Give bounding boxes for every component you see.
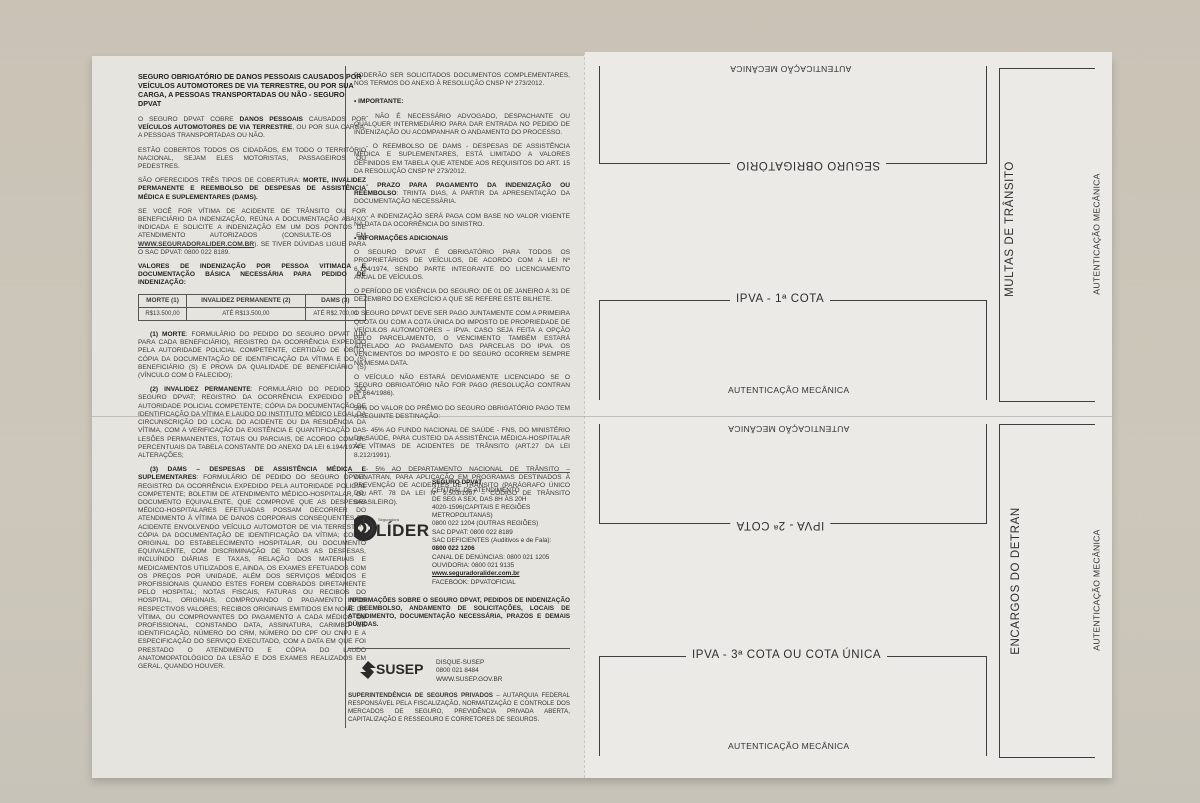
ipva-1-box: IPVA - 1ª COTA AUTENTICAÇÃO MECÂNICA [599, 300, 987, 400]
complementary-docs-paragraph: PODERÃO SER SOLICITADOS DOCUMENTOS COMPL… [354, 72, 570, 88]
lider-website-link[interactable]: www.seguradoralider.com.br [138, 241, 254, 248]
auth-label: AUTENTICAÇÃO MECÂNICA [730, 64, 851, 74]
document-title: SEGURO OBRIGATÓRIO DE DANOS PESSOAIS CAU… [138, 72, 366, 108]
info-paragraph: O SEGURO DPVAT É OBRIGATÓRIO PARA TODOS … [354, 249, 570, 282]
info-paragraph: - 45% AO FUNDO NACIONAL DE SAÚDE - FNS, … [354, 427, 570, 460]
important-item: - A INDENIZAÇÃO SERÁ PAGA COM BASE NO VA… [354, 213, 570, 229]
contact-line: 4020-1596(CAPITAIS E REGIÕES METROPOLITA… [432, 504, 570, 521]
seguro-obrigatorio-label: SEGURO OBRIGATÓRIO [730, 159, 886, 171]
contact-line: OUVIDORIA: 0800 021 9135 [432, 562, 570, 570]
susep-website-link[interactable]: WWW.SUSEP.GOV.BR [436, 676, 570, 684]
contact-line: DE SEG A SEX, DAS 8H ÀS 20H [432, 496, 570, 504]
death-docs-paragraph: (1) MORTE: FORMULÁRIO DO PEDIDO DO SEGUR… [138, 331, 366, 380]
table-header: INVALIDEZ PERMANENTE (2) [187, 294, 306, 307]
ipva-2-box: IPVA - 2ª COTA AUTENTICAÇÃO MECÂNICA [599, 424, 987, 524]
important-heading: IMPORTANTE: [354, 98, 570, 106]
multas-label: MULTAS DE TRÂNSITO [1004, 155, 1016, 303]
additional-info-heading: INFORMAÇÕES ADICIONAIS [354, 235, 570, 243]
auth-label: AUTENTICAÇÃO MECÂNICA [1092, 173, 1102, 294]
contact-line: FACEBOOK: DPVATOFICIAL [432, 579, 570, 587]
contact-line: SAC DPVAT: 0800 022 8189 [432, 529, 570, 537]
contact-line: CENTRAL DE ATENDIMENTO [432, 487, 570, 495]
coverage-paragraph: O SEGURO DPVAT COBRE DANOS PESSOAIS CAUS… [138, 116, 366, 141]
info-paragraph: O PERÍODO DE VIGÊNCIA DO SEGURO: DE 01 D… [354, 288, 570, 304]
susep-logo-icon [358, 660, 378, 680]
auth-label: AUTENTICAÇÃO MECÂNICA [728, 424, 849, 434]
covered-citizens-paragraph: ESTÃO COBERTOS TODOS OS CIDADÃOS, EM TOD… [138, 147, 366, 172]
table-header: MORTE (1) [139, 294, 187, 307]
indemnity-values-table: MORTE (1) INVALIDEZ PERMANENTE (2) DAMS … [138, 294, 366, 321]
encargos-box: ENCARGOS DO DETRAN AUTENTICAÇÃO MECÂNICA [999, 424, 1095, 758]
auth-label: AUTENTICAÇÃO MECÂNICA [1092, 529, 1102, 650]
contact-line: SEGURO DPVAT [432, 479, 570, 487]
coverage-types-paragraph: SÃO OFERECIDOS TRÊS TIPOS DE COBERTURA: … [138, 177, 366, 202]
table-cell: ATÉ R$13.500,00 [187, 307, 306, 320]
important-item: - PRAZO PARA PAGAMENTO DA INDENIZAÇÃO OU… [354, 182, 570, 207]
important-item: - O REEMBOLSO DE DAMS - DESPESAS DE ASSI… [354, 143, 570, 176]
lider-info-paragraph: INFORMAÇÕES SOBRE O SEGURO DPVAT, PEDIDO… [348, 597, 570, 630]
multas-box: MULTAS DE TRÂNSITO AUTENTICAÇÃO MECÂNICA [999, 68, 1095, 402]
ipva-3-label: IPVA - 3ª COTA OU COTA ÚNICA [686, 649, 887, 661]
lider-contact-lines: SEGURO DPVAT CENTRAL DE ATENDIMENTO DE S… [432, 479, 570, 587]
disability-docs-paragraph: (2) INVALIDEZ PERMANENTE: FORMULÁRIO DO … [138, 386, 366, 460]
info-paragraph: O SEGURO DPVAT DEVE SER PAGO JUNTAMENTE … [354, 310, 570, 367]
victim-instructions-paragraph: SE VOCÊ FOR VÍTIMA DE ACIDENTE DE TRÂNSI… [138, 208, 366, 257]
susep-section: SUSEP DISQUE-SUSEP 0800 021 8484 WWW.SUS… [348, 648, 570, 724]
lider-logo: Seguradora LÍDER [354, 513, 434, 543]
info-panel: SEGURO OBRIGATÓRIO DE DANOS PESSOAIS CAU… [92, 56, 584, 778]
fold-line [92, 416, 1112, 417]
contact-line: SAC DEFICIENTES (Auditivos e de Fala): [432, 537, 570, 545]
dpvat-document: SEGURO OBRIGATÓRIO DE DANOS PESSOAIS CAU… [92, 56, 1112, 778]
contact-line: 0800 022 1206 [432, 545, 570, 553]
contact-line: DISQUE-SUSEP [436, 659, 570, 667]
table-cell: R$13.500,00 [139, 307, 187, 320]
info-paragraph: 50% DO VALOR DO PRÊMIO DO SEGURO OBRIGAT… [354, 405, 570, 421]
lider-contact-section: Seguradora LÍDER SEGURO DPVAT CENTRAL DE… [348, 472, 570, 630]
ipva-3-box: IPVA - 3ª COTA OU COTA ÚNICA AUTENTICAÇÃ… [599, 656, 987, 756]
contact-line: 0800 022 1204 (OUTRAS REGIÕES) [432, 520, 570, 528]
info-paragraph: O VEÍCULO NÃO ESTARÁ DEVIDAMENTE LICENCI… [354, 374, 570, 399]
susep-logo: SUSEP [358, 659, 420, 681]
contact-line: 0800 021 8484 [436, 667, 570, 675]
susep-description: SUPERINTENDÊNCIA DE SEGUROS PRIVADOS – A… [348, 692, 570, 724]
ipva-1-label: IPVA - 1ª COTA [730, 293, 830, 305]
contact-line: CANAL DE DENÚNCIAS: 0800 021 1205 [432, 554, 570, 562]
auth-label: AUTENTICAÇÃO MECÂNICA [728, 741, 849, 751]
lider-website-link[interactable]: www.seguradoralider.com.br [432, 570, 570, 578]
stamp-panel: SEGURO OBRIGATÓRIO AUTENTICAÇÃO MECÂNICA… [584, 52, 1112, 778]
important-item: - NÃO É NECESSÁRIO ADVOGADO, DESPACHANTE… [354, 113, 570, 138]
ipva-2-label: IPVA - 2ª COTA [730, 519, 830, 531]
middle-column: PODERÃO SER SOLICITADOS DOCUMENTOS COMPL… [354, 72, 570, 513]
encargos-label: ENCARGOS DO DETRAN [1010, 501, 1022, 661]
auth-label: AUTENTICAÇÃO MECÂNICA [728, 385, 849, 395]
dams-docs-paragraph: (3) DAMS – DESPESAS DE ASSISTÊNCIA MÉDIC… [138, 466, 366, 671]
left-column: SEGURO OBRIGATÓRIO DE DANOS PESSOAIS CAU… [138, 72, 366, 677]
seguro-obrigatorio-box: SEGURO OBRIGATÓRIO AUTENTICAÇÃO MECÂNICA [599, 66, 987, 164]
susep-contact-lines: DISQUE-SUSEP 0800 021 8484 WWW.SUSEP.GOV… [436, 659, 570, 684]
values-heading: VALORES DE INDENIZAÇÃO POR PESSOA VITIMA… [138, 263, 366, 288]
